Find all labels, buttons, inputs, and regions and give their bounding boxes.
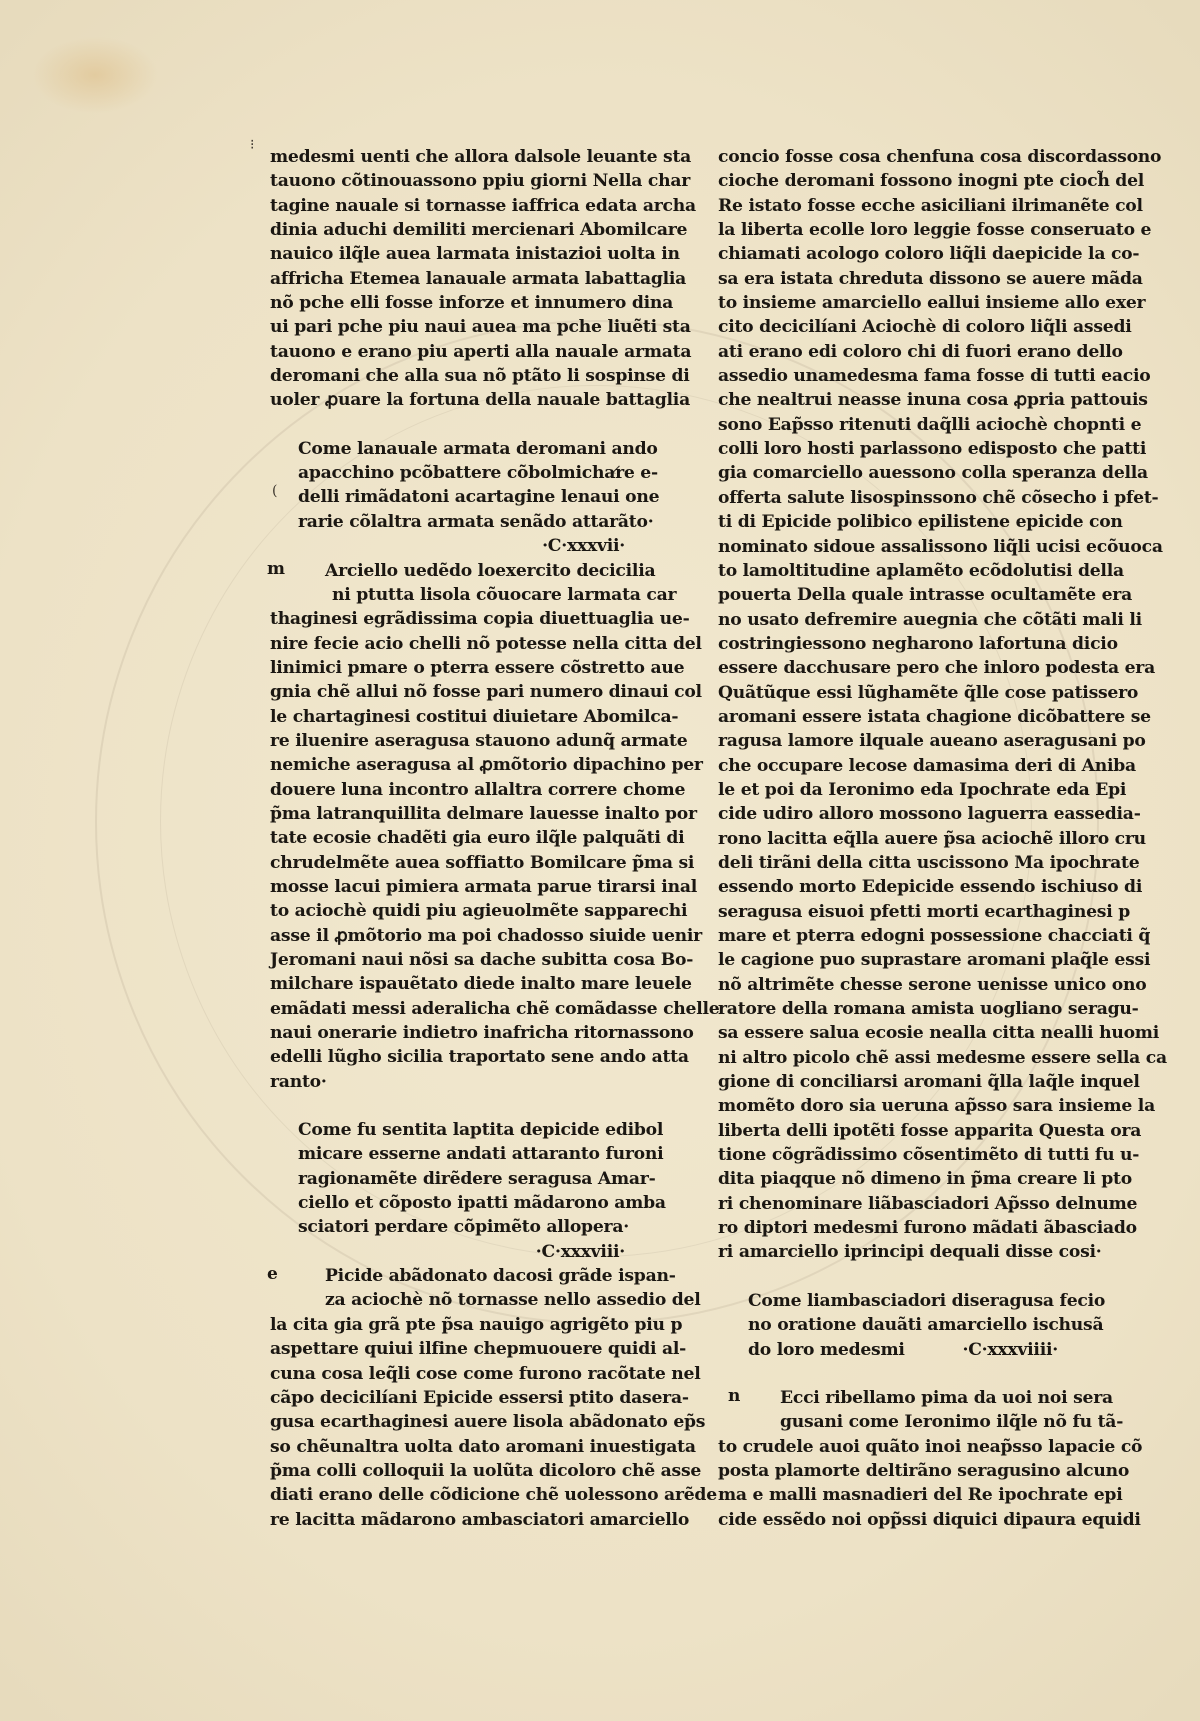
text-line: uoler ꝓuare la fortuna della nauale batt…: [270, 388, 625, 412]
text-line: che occupare lecose damasima deri di Ani…: [718, 754, 1088, 778]
text-line: p̃ma latranquillita delmare lauesse inal…: [270, 802, 625, 826]
text-line: aromani essere istata chagione dicõbatte…: [718, 705, 1088, 729]
text-line: deli tirãni della citta uscissono Ma ipo…: [718, 851, 1088, 875]
text-line: tate ecosie chadẽti gia euro ilq̃le palq…: [270, 826, 625, 850]
text-line: naui onerarie indietro inafricha ritorna…: [270, 1021, 625, 1045]
text-line: pouerta Della quale intrasse ocultamẽte …: [718, 583, 1088, 607]
text-line: nõ altrimẽte chesse serone uenisse unico…: [718, 973, 1088, 997]
text-line: sa era istata chreduta dissono se auere …: [718, 267, 1088, 291]
text-line: ni ptutta lisola cõuocare larmata car: [270, 583, 625, 607]
text-line: so chẽunaltra uolta dato aromani inuesti…: [270, 1435, 625, 1459]
rubric-line: micare esserne andati attaranto furoni: [298, 1142, 625, 1166]
text-line: tauono e erano piu aperti alla nauale ar…: [270, 340, 625, 364]
margin-dots: ⁝: [250, 137, 254, 153]
text-line: ti di Epicide polibico epilistene epicid…: [718, 510, 1088, 534]
text-line: ratore della romana amista uogliano sera…: [718, 997, 1088, 1021]
rubric-line: ciello et cõposto ipatti mãdarono amba: [298, 1191, 625, 1215]
text-line: gia comarciello auessono colla speranza …: [718, 461, 1088, 485]
guide-letter: m: [267, 559, 285, 579]
chapter-rubric: Come lanauale armata deromani ando apacc…: [298, 437, 625, 559]
text-line: Ecci ribellamo pima da uoi noi sera: [718, 1386, 1088, 1410]
text-line: to aciochè quidi piu agieuolmẽte sappare…: [270, 899, 625, 923]
paragraph: m Arciello uedẽdo loexercito decicilia n…: [270, 559, 625, 1095]
text-line: ati erano edi coloro chi di fuori erano …: [718, 340, 1088, 364]
text-line: ri amarciello iprincipi dequali disse co…: [718, 1240, 1088, 1264]
paragraph: concio fosse cosa chenfuna cosa discorda…: [718, 145, 1088, 1265]
text-line: ni altro picolo chẽ assi medesme essere …: [718, 1046, 1088, 1070]
text-line: concio fosse cosa chenfuna cosa discorda…: [718, 145, 1088, 169]
chapter-number: ·C·xxxvii·: [298, 534, 625, 558]
chapter-number: ·C·xxxviiii·: [963, 1338, 1058, 1362]
text-line: rono lacitta eq̃lla auere p̃sa aciochẽ i…: [718, 827, 1088, 851]
text-line: ri chenominare liãbasciadori Ap̃sso deln…: [718, 1192, 1088, 1216]
text-line: ragusa lamore ilquale aueano aseragusani…: [718, 729, 1088, 753]
text-line: nominato sidoue assalissono liq̃li ucisi…: [718, 535, 1088, 559]
text-line: mosse lacui pimiera armata parue tirarsi…: [270, 875, 625, 899]
text-line: Quãtũque essi lũghamẽte q̃lle cose patis…: [718, 681, 1088, 705]
text-line: offerta salute lisospinssono chẽ cõsecho…: [718, 486, 1088, 510]
text-line: dita piaqque nõ dimeno in p̃ma creare li…: [718, 1167, 1088, 1191]
text-line: le et poi da Ieronimo eda Ipochrate eda …: [718, 778, 1088, 802]
text-line: assedio unamedesma fama fosse di tutti e…: [718, 364, 1088, 388]
text-line: douere luna incontro allaltra correre ch…: [270, 778, 625, 802]
right-column: concio fosse cosa chenfuna cosa discorda…: [718, 145, 1088, 1532]
chapter-rubric: Come liambasciadori diseragusa fecio no …: [748, 1289, 1058, 1362]
text-line: deromani che alla sua nõ ptãto li sospin…: [270, 364, 625, 388]
text-line: cuna cosa leq̃li cose come furono racõta…: [270, 1362, 625, 1386]
text-line: to insieme amarciello eallui insieme all…: [718, 291, 1088, 315]
text-line: cide udiro alloro mossono laguerra easse…: [718, 802, 1088, 826]
text-line: le cagione puo suprastare aromani plaq̃l…: [718, 948, 1088, 972]
paragraph: medesmi uenti che allora dalsole leuante…: [270, 145, 625, 413]
text-line: sa essere salua ecosie nealla citta neal…: [718, 1021, 1088, 1045]
paragraph: n Ecci ribellamo pima da uoi noi sera gu…: [718, 1386, 1088, 1532]
text-line: gione di conciliarsi aromani q̃lla laq̃l…: [718, 1070, 1088, 1094]
text-line: p̃ma colli colloquii la uolũta dicoloro …: [270, 1459, 625, 1483]
text-line: to crudele auoi quãto inoi neap̃sso lapa…: [718, 1435, 1088, 1459]
rubric-line: apacchino pcõbattere cõbolmichare e-: [298, 461, 625, 485]
text-line: tauono cõtinouassono ppiu giorni Nella c…: [270, 169, 625, 193]
text-line: to lamoltitudine aplamẽto ecõdolutisi de…: [718, 559, 1088, 583]
text-line: cioche deromani fossono inogni pte cioch…: [718, 169, 1088, 193]
text-line: ui pari pche piu naui auea ma pche liuẽt…: [270, 315, 625, 339]
text-line: la liberta ecolle loro leggie fosse cons…: [718, 218, 1088, 242]
text-line: affricha Etemea lanauale armata labattag…: [270, 267, 625, 291]
text-line: gnia chẽ allui nõ fosse pari numero dina…: [270, 680, 625, 704]
text-line: Picide abãdonato dacosi grãde ispan-: [270, 1264, 625, 1288]
text-line: milchare ispauẽtato diede inalto mare le…: [270, 972, 625, 996]
text-line: ma e malli masnadieri del Re ipochrate e…: [718, 1483, 1088, 1507]
text-line: re lacitta mãdarono ambasciatori amarcie…: [270, 1508, 625, 1532]
text-line: gusani come Ieronimo ilq̃le nõ fu tã-: [718, 1410, 1088, 1434]
rubric-line: Come fu sentita laptita depicide edibol: [298, 1118, 625, 1142]
text-line: nauico ilq̃le auea larmata inistazioi uo…: [270, 242, 625, 266]
text-line: re iluenire aseragusa stauono adunq̃ arm…: [270, 729, 625, 753]
text-line: seragusa eisuoi pfetti morti ecarthagine…: [718, 900, 1088, 924]
text-line: Arciello uedẽdo loexercito decicilia: [270, 559, 625, 583]
rubric-line: no oratione dauãti amarciello ischusã: [748, 1313, 1058, 1337]
guide-letter: e: [267, 1264, 278, 1284]
text-line: medesmi uenti che allora dalsole leuante…: [270, 145, 625, 169]
text-line: ro diptori medesmi furono mãdati ãbascia…: [718, 1216, 1088, 1240]
text-line: che nealtrui neasse inuna cosa ꝓpria pat…: [718, 388, 1088, 412]
text-line: costringiessono negharono lafortuna dici…: [718, 632, 1088, 656]
text-line: thaginesi egrãdissima copia diuettuaglia…: [270, 607, 625, 631]
text-line: gusa ecarthaginesi auere lisola abãdonat…: [270, 1410, 625, 1434]
chapter-rubric: Come fu sentita laptita depicide edibol …: [298, 1118, 625, 1264]
text-line: la cita gia grã pte p̃sa nauigo agrigẽto…: [270, 1313, 625, 1337]
text-line: Jeromani naui nõsi sa dache subitta cosa…: [270, 948, 625, 972]
text-line: no usato defremire auegnia che cõtãti ma…: [718, 608, 1088, 632]
rubric-line: ragionamẽte dirẽdere seragusa Amar-: [298, 1167, 625, 1191]
text-line: cito decicilíani Aciochè di coloro liq̃l…: [718, 315, 1088, 339]
text-line: sono Eap̃sso ritenuti daq̃lli aciochè ch…: [718, 413, 1088, 437]
text-line: aspettare quiui ilfine chepmuouere quidi…: [270, 1337, 625, 1361]
rubric-line: Come liambasciadori diseragusa fecio: [748, 1289, 1058, 1313]
text-line: emãdati messi aderalicha chẽ comãdasse c…: [270, 997, 625, 1021]
rubric-line: Come lanauale armata deromani ando: [298, 437, 625, 461]
text-line: cãpo decicilíani Epicide essersi ptito d…: [270, 1386, 625, 1410]
text-line: edelli lũgho sicilia traportato sene and…: [270, 1045, 625, 1069]
chapter-number: ·C·xxxviii·: [298, 1240, 625, 1264]
text-line: dinia aduchi demiliti mercienari Abomilc…: [270, 218, 625, 242]
text-line: diati erano delle cõdicione chẽ uolesson…: [270, 1483, 625, 1507]
text-line: cide essẽdo noi opp̃ssi diquici dipaura …: [718, 1508, 1088, 1532]
text-line: za aciochè nõ tornasse nello assedio del: [270, 1288, 625, 1312]
text-line: Re istato fosse ecche asiciliani ilriman…: [718, 194, 1088, 218]
text-line: liberta delli ipotẽti fosse apparita Que…: [718, 1119, 1088, 1143]
text-line: ranto·: [270, 1070, 625, 1094]
left-column: medesmi uenti che allora dalsole leuante…: [270, 145, 625, 1532]
text-line: tagine nauale si tornasse iaffrica edata…: [270, 194, 625, 218]
rubric-line: delli rimãdatoni acartagine lenaui one: [298, 485, 625, 509]
paragraph: e Picide abãdonato dacosi grãde ispan- z…: [270, 1264, 625, 1532]
text-line: linimici pmare o pterra essere cõstretto…: [270, 656, 625, 680]
text-line: nemiche aseragusa al ꝓmõtorio dipachino …: [270, 753, 625, 777]
text-line: colli loro hosti parlassono edisposto ch…: [718, 437, 1088, 461]
text-line: mare et pterra edogni possessione chacci…: [718, 924, 1088, 948]
rubric-line: rarie cõlaltra armata senãdo attarãto·: [298, 510, 625, 534]
text-line: chrudelmẽte auea soffiatto Bomilcare p̃m…: [270, 851, 625, 875]
text-line: nõ pche elli fosse inforze et innumero d…: [270, 291, 625, 315]
text-line: essere dacchusare pero che inloro podest…: [718, 656, 1088, 680]
text-line: nire fecie acio chelli nõ potesse nella …: [270, 632, 625, 656]
text-line: tione cõgrãdissimo cõsentimẽto di tutti …: [718, 1143, 1088, 1167]
text-line: posta plamorte deltirãno seragusino alcu…: [718, 1459, 1088, 1483]
text-line: chiamati acologo coloro liq̃li daepicide…: [718, 242, 1088, 266]
text-line: asse il ꝓmõtorio ma poi chadosso siuide …: [270, 924, 625, 948]
manuscript-page: ⁝ ( ↙ medesmi uenti che allora dalsole l…: [0, 0, 1200, 1721]
text-line: momẽto doro sia ueruna ap̃sso sara insie…: [718, 1094, 1088, 1118]
guide-letter: n: [728, 1386, 740, 1406]
rubric-line: do loro medesmi: [748, 1338, 905, 1362]
text-line: le chartaginesi costitui diuietare Abomi…: [270, 705, 625, 729]
text-line: essendo morto Edepicide essendo ischiuso…: [718, 875, 1088, 899]
rubric-line: sciatori perdare cõpimẽto allopera·: [298, 1215, 625, 1239]
